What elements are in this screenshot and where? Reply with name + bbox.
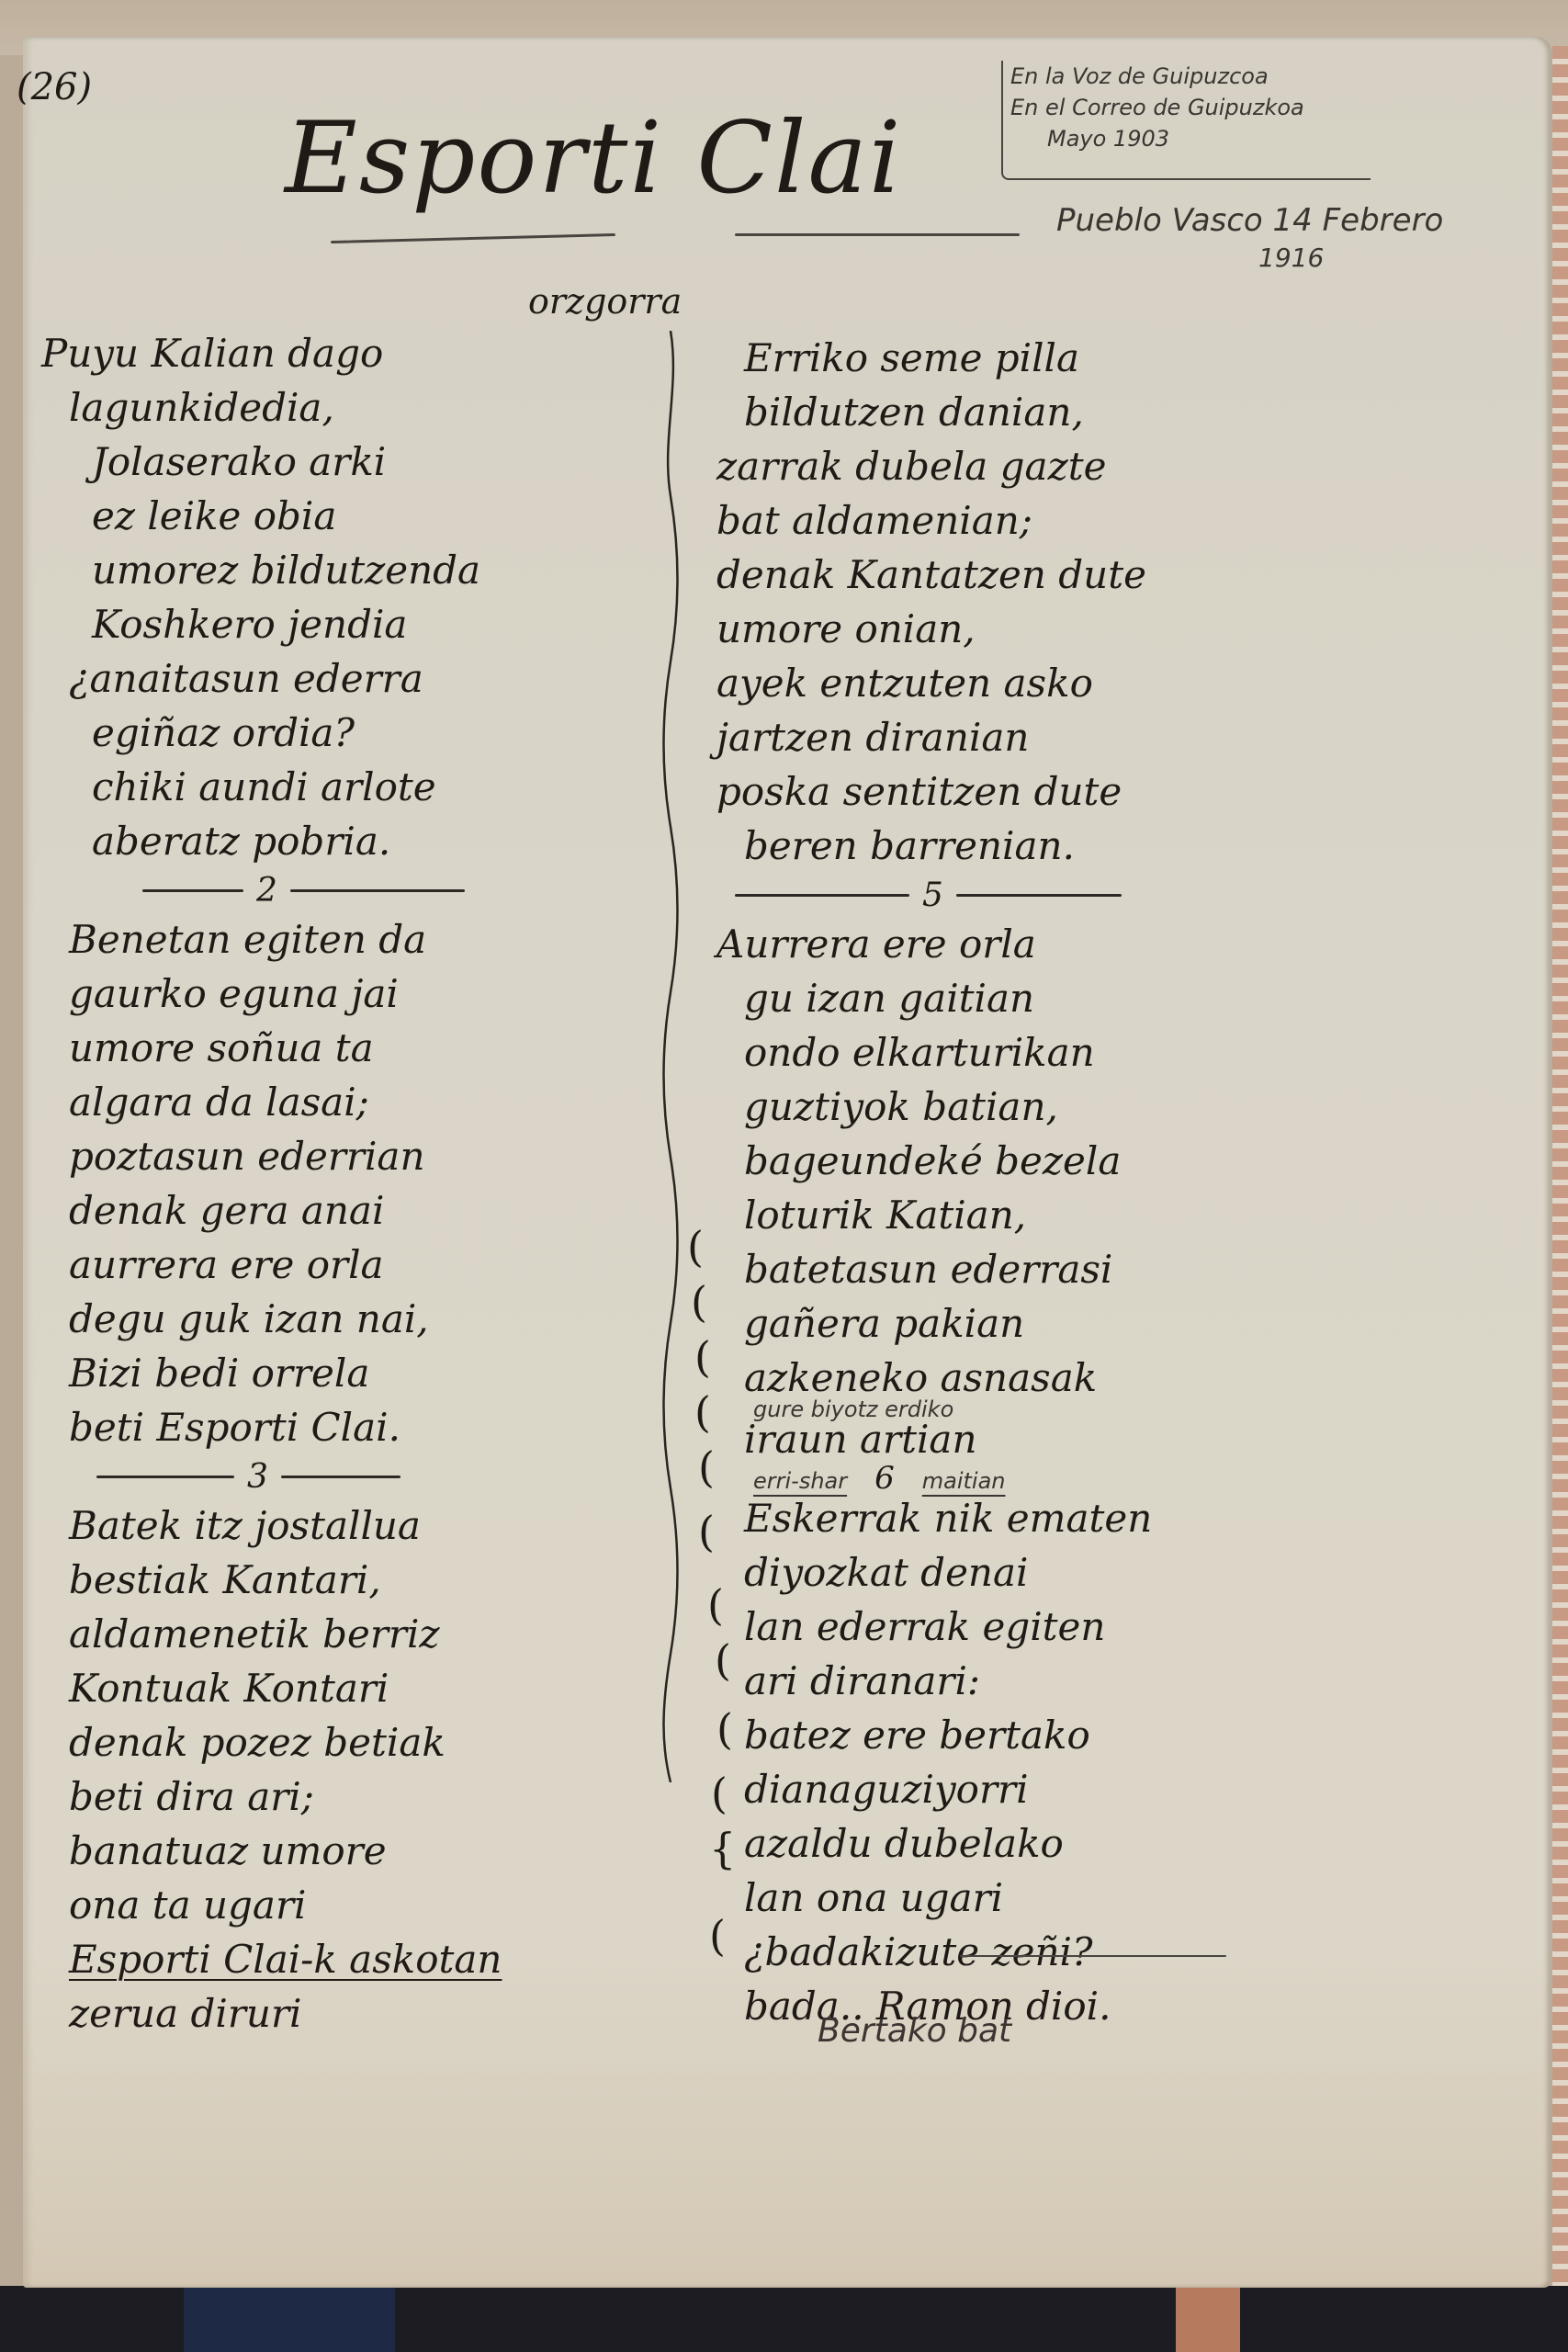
verse-line: degu guk izan nai, [41, 1292, 666, 1346]
verse-line: zarrak dubela gazte [716, 439, 1359, 493]
margin-bracket: ( [694, 1387, 711, 1437]
stanza-number-label: 3 [247, 1458, 268, 1496]
verse-line: ayek entzuten asko [716, 656, 1359, 710]
page-title: Esporti Clai [285, 101, 902, 216]
margin-note-line: Mayo 1903 [1010, 123, 1304, 154]
verse-line: Bizi bedi orrela [41, 1346, 666, 1400]
stanza-rule [956, 894, 1122, 897]
background-floor [0, 2286, 1568, 2352]
verse-line: ari diranari: [716, 1654, 1359, 1708]
verse-line: azaldu dubelako [716, 1816, 1359, 1871]
verse-line: Erriko seme pilla [716, 331, 1359, 385]
margin-note-line: En la Voz de Guipuzcoa [1010, 61, 1304, 92]
verse-line: beti Esporti Clai. [41, 1400, 666, 1454]
verse-line: gaurko eguna jai [41, 967, 666, 1021]
publication-year: 1916 [1258, 243, 1324, 273]
verse-line: bageundeké bezela [716, 1134, 1359, 1188]
verse-line: poztasun ederrian [41, 1129, 666, 1183]
subtitle-word: orzgorra [528, 281, 682, 322]
verse-line: Koshkero jendia [41, 597, 666, 651]
verse-line: algara da lasai; [41, 1075, 666, 1129]
verse-line: Jolaserako arki [41, 435, 666, 489]
verse-line: Benetan egiten da [41, 912, 666, 967]
verse-line: aldamenetik berriz [41, 1607, 666, 1661]
stanza-2: Benetan egiten da gaurko eguna jai umore… [41, 912, 666, 1454]
verse-line-signature: bada.. Ramon dioi. [716, 1979, 1359, 2033]
right-column: Erriko seme pilla bildutzen danian, zarr… [716, 331, 1359, 2033]
verse-line: ondo elkarturikan [716, 1025, 1359, 1080]
stanza-1: Puyu Kalian dago lagunkidedia, Jolaserak… [41, 326, 666, 868]
margin-bracket: ( [716, 1704, 733, 1754]
verse-line: chiki aundi arlote [41, 760, 666, 814]
verse-line: gu izan gaitian [716, 971, 1359, 1025]
verse-line: Esporti Clai-k askotan [41, 1932, 666, 1986]
verse-line: poska sentitzen dute [716, 764, 1359, 819]
verse-line: lan ederrak egiten [716, 1600, 1359, 1654]
margin-bracket: ( [709, 1911, 726, 1961]
verse-line: denak Kantatzen dute [716, 548, 1359, 602]
margin-bracket: ( [691, 1277, 707, 1327]
publication-note: Pueblo Vasco 14 Febrero [1056, 202, 1443, 239]
margin-note: En la Voz de Guipuzcoa En el Correo de G… [1010, 61, 1304, 154]
stanza-number-label: 5 [922, 876, 943, 914]
stanza-6-heading: erri-shar 6 maitian [716, 1460, 1359, 1491]
verse-line: Batek itz jostallua [41, 1498, 666, 1553]
margin-bracket: ( [698, 1507, 715, 1556]
signature-underline [960, 1955, 1226, 1957]
stanza-6: Eskerrak nik ematen diyozkat denai lan e… [716, 1491, 1359, 2033]
stanza-rule [735, 894, 909, 897]
margin-bracket: ( [698, 1442, 715, 1492]
verse-line: Aurrera ere orla [716, 917, 1359, 971]
verse-line: bat aldamenian; [716, 493, 1359, 548]
verse-line: guztiyok batian, [716, 1080, 1359, 1134]
verse-line: dianaguziyorri [716, 1762, 1359, 1816]
interlinear-word: erri-shar [753, 1468, 847, 1494]
verse-line-struck: iraun artian [716, 1419, 1359, 1460]
stanza-3: Batek itz jostallua bestiak Kantari, ald… [41, 1498, 666, 2041]
verse-line: umore onian, [716, 602, 1359, 656]
stanza-number: 2 [41, 870, 666, 910]
margin-bracket: ( [711, 1769, 728, 1818]
verse-line: ¿badakizute zeñi? [716, 1925, 1359, 1979]
verse-line: Puyu Kalian dago [41, 326, 666, 380]
margin-note-line: En el Correo de Guipuzkoa [1010, 92, 1304, 123]
interlinear-word: maitian [922, 1468, 1006, 1494]
verse-line: gañera pakian [716, 1296, 1359, 1351]
title-underline-right [735, 233, 1020, 236]
verse-line: lagunkidedia, [41, 380, 666, 435]
verse-line: denak gera anai [41, 1183, 666, 1238]
margin-bracket: ( [687, 1222, 704, 1272]
page-number: (26) [17, 66, 92, 108]
verse-line: beren barrenian. [716, 819, 1359, 873]
stanza-rule [142, 889, 243, 892]
verse-line: aberatz pobria. [41, 814, 666, 868]
stanza-5: Aurrera ere orla gu izan gaitian ondo el… [716, 917, 1359, 1460]
margin-bracket: ( [715, 1635, 731, 1685]
book-binding-edge [1552, 46, 1568, 2288]
verse-line: Eskerrak nik ematen [716, 1491, 1359, 1545]
verse-line: batez ere bertako [716, 1708, 1359, 1762]
margin-bracket: { [709, 1824, 736, 1873]
background-hand [1176, 2286, 1240, 2352]
margin-bracket: ( [694, 1332, 711, 1382]
stanza-number-label: 2 [256, 872, 277, 910]
verse-line: zerua diruri [41, 1986, 666, 2041]
verse-line: batetasun ederrasi [716, 1242, 1359, 1296]
stanza-rule [281, 1476, 400, 1478]
verse-line: jartzen diranian [716, 710, 1359, 764]
stanza-4: Erriko seme pilla bildutzen danian, zarr… [716, 331, 1359, 873]
verse-line: bestiak Kantari, [41, 1553, 666, 1607]
stanza-rule [96, 1476, 234, 1478]
margin-bracket: ( [707, 1580, 724, 1630]
verse-line: banatuaz umore [41, 1824, 666, 1878]
verse-line: aurrera ere orla [41, 1238, 666, 1292]
stanza-number: 5 [716, 875, 1359, 915]
verse-line: ona ta ugari [41, 1878, 666, 1932]
stanza-rule [290, 889, 465, 892]
verse-line: beti dira ari; [41, 1770, 666, 1824]
verse-line: denak pozez betiak [41, 1715, 666, 1770]
verse-line: egiñaz ordia? [41, 706, 666, 760]
pencil-footer-note: Bertako bat [818, 2012, 1011, 2050]
verse-line: umore soñua ta [41, 1021, 666, 1075]
verse-line: Kontuak Kontari [41, 1661, 666, 1715]
verse-line: ¿anaitasun ederra [41, 651, 666, 706]
verse-line: umorez bildutzenda [41, 543, 666, 597]
stanza-number: 3 [41, 1456, 666, 1497]
verse-line: loturik Katian, [716, 1188, 1359, 1242]
left-column: Puyu Kalian dago lagunkidedia, Jolaserak… [41, 326, 666, 2041]
verse-line: ez leike obia [41, 489, 666, 543]
verse-line: diyozkat denai [716, 1545, 1359, 1600]
verse-line: bildutzen danian, [716, 385, 1359, 439]
background-fabric [184, 2286, 395, 2352]
verse-line: lan ona ugari [716, 1871, 1359, 1925]
